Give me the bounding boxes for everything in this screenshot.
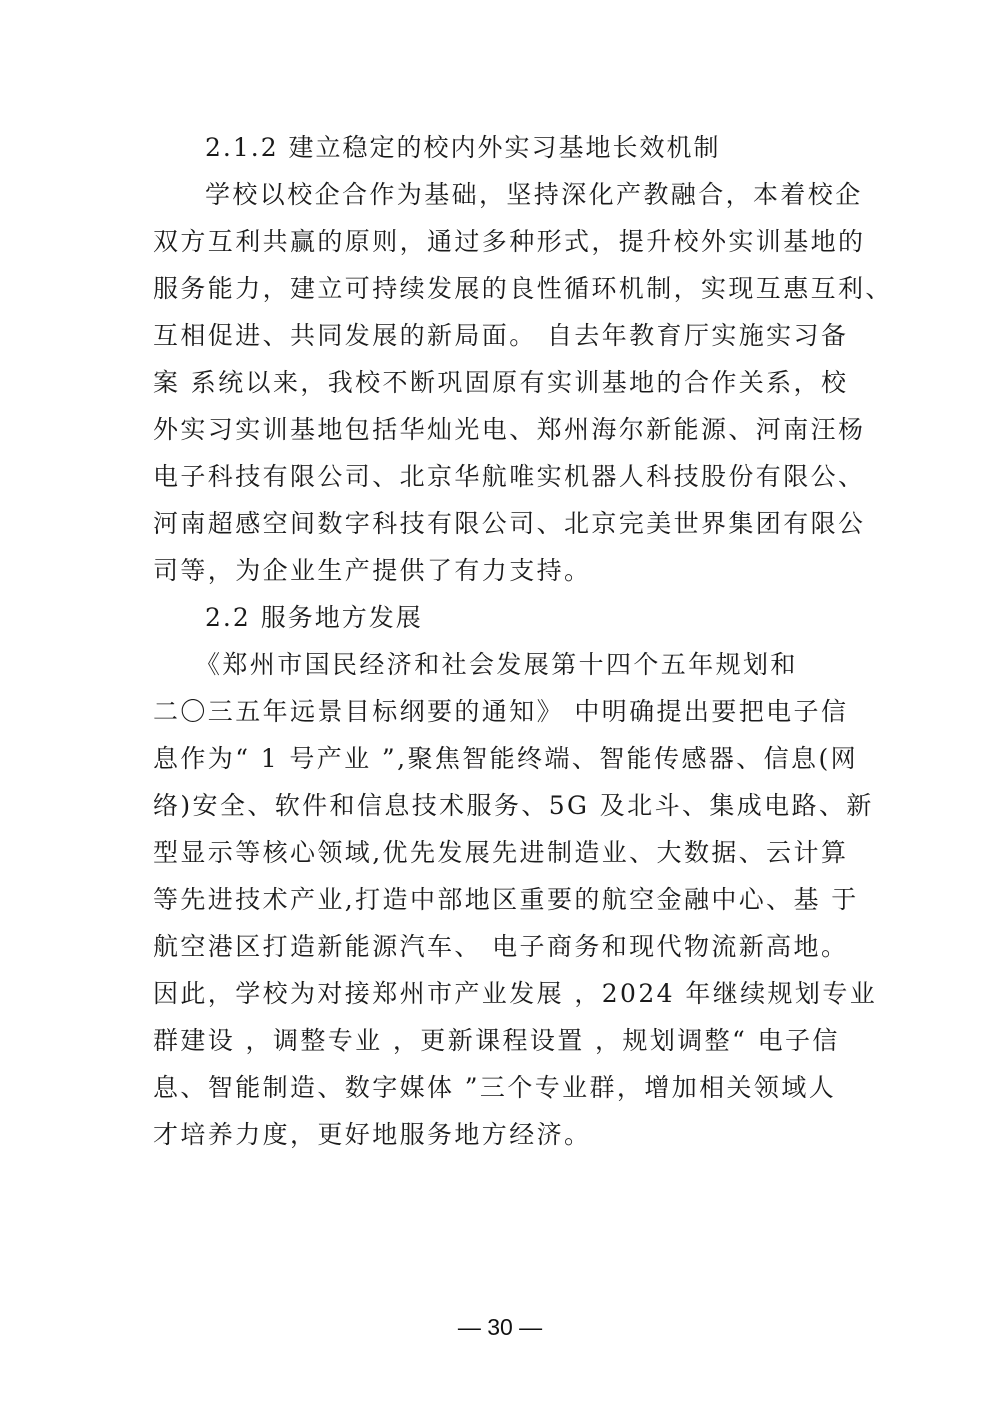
paragraph-line: 群建设 ，调整专业 ，更新课程设置 ，规划调整“ 电子信: [153, 1026, 853, 1056]
paragraph-line: 息作为“ 1 号产业 ”,聚焦智能终端、智能传感器、信息(网: [153, 744, 853, 774]
paragraph-line: 《郑州市国民经济和社会发展第十四个五年规划和: [195, 650, 895, 680]
paragraph-line: 学校以校企合作为基础，坚持深化产教融合，本着校企: [205, 180, 905, 210]
page-number: — 30 —: [0, 1312, 1000, 1342]
paragraph-line: 电子科技有限公司、北京华航唯实机器人科技股份有限公、: [153, 462, 853, 492]
paragraph-line: 型显示等核心领域,优先发展先进制造业、大数据、云计算: [153, 838, 853, 868]
paragraph-line: 等先进技术产业,打造中部地区重要的航空金融中心、基 于: [153, 885, 853, 915]
paragraph-line: 才培养力度，更好地服务地方经济。: [153, 1120, 853, 1150]
paragraph-line: 二〇三五年远景目标纲要的通知》 中明确提出要把电子信: [153, 697, 853, 727]
paragraph-line: 案 系统以来，我校不断巩固原有实训基地的合作关系，校: [153, 368, 853, 398]
paragraph-line: 航空港区打造新能源汽车、 电子商务和现代物流新高地。: [153, 932, 853, 962]
document-page: 2.1.2 建立稳定的校内外实习基地长效机制 学校以校企合作为基础，坚持深化产教…: [0, 0, 1000, 1414]
paragraph-line: 双方互利共赢的原则，通过多种形式，提升校外实训基地的: [153, 227, 853, 257]
section-heading-2-1-2: 2.1.2 建立稳定的校内外实习基地长效机制: [205, 133, 905, 163]
section-heading-2-2: 2.2 服务地方发展: [205, 603, 905, 633]
paragraph-line: 息、智能制造、数字媒体 ”三个专业群，增加相关领域人: [153, 1073, 853, 1103]
paragraph-line: 互相促进、共同发展的新局面。 自去年教育厅实施实习备: [153, 321, 853, 351]
paragraph-line: 服务能力，建立可持续发展的良性循环机制，实现互惠互利、: [153, 274, 853, 304]
paragraph-line: 司等，为企业生产提供了有力支持。: [153, 556, 853, 586]
paragraph-line: 因此，学校为对接郑州市产业发展 ，2024 年继续规划专业: [153, 979, 853, 1009]
paragraph-line: 河南超感空间数字科技有限公司、北京完美世界集团有限公: [153, 509, 853, 539]
paragraph-line: 外实习实训基地包括华灿光电、郑州海尔新能源、河南汪杨: [153, 415, 853, 445]
paragraph-line: 络)安全、软件和信息技术服务、5G 及北斗、集成电路、新: [153, 791, 853, 821]
